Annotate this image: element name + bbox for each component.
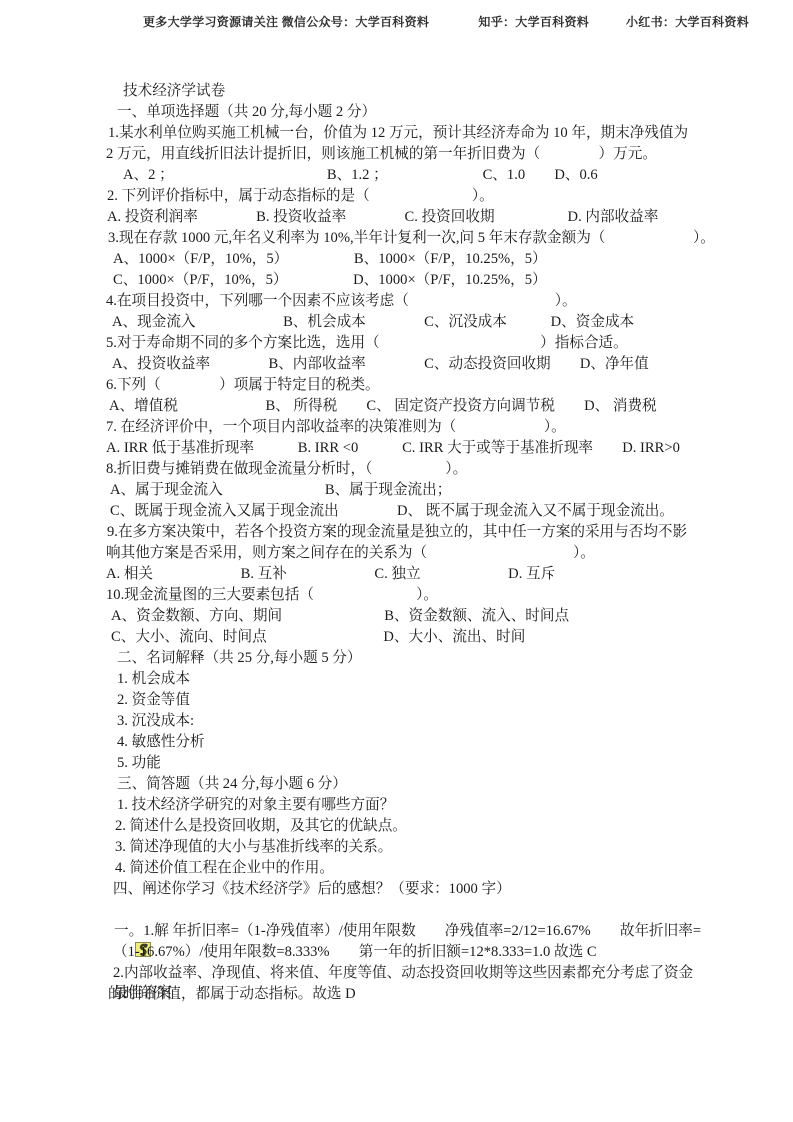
doc-title: 技术经济学试卷: [106, 81, 766, 102]
exam-document-page: 更多大学学习资源请关注 微信公众号：大学百科资料 知乎：大学百科资料 小红书：大…: [0, 0, 793, 1122]
term-2-text: 2. 资金等值: [117, 692, 190, 708]
short-answer-2: 2. 简述什么是投资回收期，及其它的优缺点。: [106, 816, 766, 837]
q1-options: A、2 ； B、1.2 ； C、1.0 D、0.6: [106, 165, 766, 186]
q7-text-text: 7. 在经济评价中，一个项目内部收益率的决策准则为（ ）。: [106, 419, 566, 435]
q3-options-ab-text: A、1000×（F/P，10%，5） B、1000×（F/P，10.25%，5）: [113, 251, 547, 267]
short-answer-3: 3. 简述净现值的大小与基准折线率的关系。: [106, 837, 766, 858]
q5-options-text: A、投资收益率 B、内部收益率 C、动态投资回收期 D、净年值: [112, 356, 649, 372]
q9-text-a: 9.在多方案决策中，若各个投资方案的现金流量是独立的，其中任一方案的采用与否均不…: [106, 522, 766, 543]
q4-options: A、现金流入 B、机会成本 C、沉没成本 D、资金成本: [106, 312, 766, 333]
term-5-text: 5. 功能: [117, 755, 161, 771]
section-short-answer-heading: 三、简答题（共 24 分,每小题 6 分）: [106, 774, 766, 795]
q10-text: 10.现金流量图的三大要素包括（ ）。: [106, 585, 766, 606]
short-answer-2-text: 2. 简述什么是投资回收期，及其它的优缺点。: [115, 818, 407, 834]
q7-text: 7. 在经济评价中，一个项目内部收益率的决策准则为（ ）。: [106, 417, 766, 438]
q3-text: 3.现在存款 1000 元,年名义利率为 10%,半年计复利一次,问 5 年末存…: [106, 228, 766, 249]
answer-1-line-2: （1-16.67%）/使用年限数=8.333% 第一年的折旧额=12*8.333…: [106, 942, 766, 963]
term-3: 3. 沉没成本:: [106, 711, 766, 732]
section-essay-heading-text: 四、阐述你学习《技术经济学》后的感想？（要求：1000 字）: [113, 881, 511, 897]
q2-text-text: 2. 下列评价指标中，属于动态指标的是（ ）。: [107, 188, 494, 204]
q6-options: A、增值税 B、 所得税 C、 固定资产投资方向调节税 D、 消费税: [106, 396, 766, 417]
q3-text-text: 3.现在存款 1000 元,年名义利率为 10%,半年计复利一次,问 5 年末存…: [108, 230, 715, 246]
q3-options-ab: A、1000×（F/P，10%，5） B、1000×（F/P，10.25%，5）: [106, 249, 766, 270]
q2-options: A. 投资利润率 B. 投资收益率 C. 投资回收期 D. 内部收益率: [106, 207, 766, 228]
term-4: 4. 敏感性分析: [106, 732, 766, 753]
answer-2-line-2-text: 的时间价值，都属于动态指标。故选 D: [108, 986, 356, 1002]
q10-options-cd: C、大小、流向、时间点 D、大小、流出、时间: [106, 627, 766, 648]
section-short-answer-heading-text: 三、简答题（共 24 分,每小题 6 分）: [117, 776, 347, 792]
q6-text-text: 6.下列（ ）项属于特定目的税类。: [106, 377, 380, 393]
q1-text-a-text: 1.某水利单位购买施工机械一台，价值为 12 万元，预计其经济寿命为 10 年，…: [108, 125, 688, 141]
doc-title-text: 技术经济学试卷: [123, 83, 225, 99]
q1-text-b: 2 万元，用直线折旧法计提折旧，则该施工机械的第一年折旧费为（ ）万元。: [106, 144, 766, 165]
q2-text: 2. 下列评价指标中，属于动态指标的是（ ）。: [106, 186, 766, 207]
section-terms-heading-text: 二、名词解释（共 25 分,每小题 5 分）: [117, 650, 361, 666]
q8-options-ab-text: A、属于现金流入 B、属于现金流出；: [110, 482, 451, 498]
best-answer-label: 最佳答案: [106, 900, 766, 921]
q9-text-b: 响其他方案是否采用，则方案之间存在的关系为（ ）。: [106, 543, 766, 564]
q9-text-b-text: 响其他方案是否采用，则方案之间存在的关系为（ ）。: [106, 545, 595, 561]
term-2: 2. 资金等值: [106, 690, 766, 711]
section-essay-heading: 四、阐述你学习《技术经济学》后的感想？（要求：1000 字）: [106, 879, 766, 900]
q10-options-cd-text: C、大小、流向、时间点 D、大小、流出、时间: [111, 629, 525, 645]
q8-text: 8.折旧费与摊销费在做现金流量分析时，（ ）。: [106, 459, 766, 480]
short-answer-3-text: 3. 简述净现值的大小与基准折线率的关系。: [115, 839, 392, 855]
document-body: 技术经济学试卷一、单项选择题（共 20 分,每小题 2 分）1.某水利单位购买施…: [106, 81, 766, 1005]
term-5: 5. 功能: [106, 753, 766, 774]
q10-text-text: 10.现金流量图的三大要素包括（ ）。: [106, 587, 438, 603]
q1-text-b-text: 2 万元，用直线折旧法计提折旧，则该施工机械的第一年折旧费为（ ）万元。: [106, 146, 657, 162]
q4-options-text: A、现金流入 B、机会成本 C、沉没成本 D、资金成本: [112, 314, 634, 330]
q8-options-ab: A、属于现金流入 B、属于现金流出；: [106, 480, 766, 501]
q7-options: A. IRR 低于基准折现率 B. IRR <0 C. IRR 大于或等于基准折…: [106, 438, 766, 459]
short-answer-1-text: 1. 技术经济学研究的对象主要有哪些方面？: [117, 797, 394, 813]
q4-text: 4.在项目投资中，下列哪一个因素不应该考虑（ ）。: [106, 291, 766, 312]
q1-options-text: A、2 ； B、1.2 ； C、1.0 D、0.6: [123, 167, 598, 183]
q8-options-cd: C、既属于现金流入又属于现金流出 D、 既不属于现金流入又不属于现金流出。: [106, 501, 766, 522]
q5-options: A、投资收益率 B、内部收益率 C、动态投资回收期 D、净年值: [106, 354, 766, 375]
section-choice-heading: 一、单项选择题（共 20 分,每小题 2 分）: [106, 102, 766, 123]
q6-options-text: A、增值税 B、 所得税 C、 固定资产投资方向调节税 D、 消费税: [109, 398, 657, 414]
q9-options: A. 相关 B. 互补 C. 独立 D. 互斥: [106, 564, 766, 585]
q8-options-cd-text: C、既属于现金流入又属于现金流出 D、 既不属于现金流入又不属于现金流出。: [110, 503, 674, 519]
q4-text-text: 4.在项目投资中，下列哪一个因素不应该考虑（ ）。: [106, 293, 577, 309]
q2-options-text: A. 投资利润率 B. 投资收益率 C. 投资回收期 D. 内部收益率: [107, 209, 658, 225]
q6-text: 6.下列（ ）项属于特定目的税类。: [106, 375, 766, 396]
q8-text-text: 8.折旧费与摊销费在做现金流量分析时，（ ）。: [106, 461, 467, 477]
term-4-text: 4. 敏感性分析: [117, 734, 205, 750]
q1-text-a: 1.某水利单位购买施工机械一台，价值为 12 万元，预计其经济寿命为 10 年，…: [106, 123, 766, 144]
q9-options-text: A. 相关 B. 互补 C. 独立 D. 互斥: [106, 566, 555, 582]
answer-2-line-1-text: 2.内部收益率、净现值、将来值、年度等值、动态投资回收期等这些因素都充分考虑了资…: [113, 965, 693, 981]
answer-1-line-2-text: （1-16.67%）/使用年限数=8.333% 第一年的折旧额=12*8.333…: [113, 944, 597, 960]
term-1: 1. 机会成本: [106, 669, 766, 690]
answer-1-line-1-text: 一。1.解 年折旧率=（1-净残值率）/使用年限数 净残值率=2/12=16.6…: [114, 923, 701, 939]
q9-text-a-text: 9.在多方案决策中，若各个投资方案的现金流量是独立的，其中任一方案的采用与否均不…: [107, 524, 687, 540]
promo-header: 更多大学学习资源请关注 微信公众号：大学百科资料 知乎：大学百科资料 小红书：大…: [143, 13, 749, 30]
term-1-text: 1. 机会成本: [117, 671, 190, 687]
q5-text-text: 5.对于寿命期不同的多个方案比选，选用（ ）指标合适。: [106, 335, 628, 351]
q10-options-ab: A、资金数额、方向、期间 B、资金数额、流入、时间点: [106, 606, 766, 627]
q7-options-text: A. IRR 低于基准折现率 B. IRR <0 C. IRR 大于或等于基准折…: [106, 440, 680, 456]
answer-2-line-2: 的时间价值，都属于动态指标。故选 D: [106, 984, 766, 1005]
q3-options-cd: C、1000×（P/F，10%，5） D、1000×（P/F，10.25%，5）: [106, 270, 766, 291]
section-terms-heading: 二、名词解释（共 25 分,每小题 5 分）: [106, 648, 766, 669]
short-answer-4-text: 4. 简述价值工程在企业中的作用。: [115, 860, 334, 876]
answer-1-line-1: 一。1.解 年折旧率=（1-净残值率）/使用年限数 净残值率=2/12=16.6…: [106, 921, 766, 942]
q3-options-cd-text: C、1000×（P/F，10%，5） D、1000×（P/F，10.25%，5）: [113, 272, 547, 288]
answer-2-line-1: 2.内部收益率、净现值、将来值、年度等值、动态投资回收期等这些因素都充分考虑了资…: [106, 963, 766, 984]
q5-text: 5.对于寿命期不同的多个方案比选，选用（ ）指标合适。: [106, 333, 766, 354]
section-choice-heading-text: 一、单项选择题（共 20 分,每小题 2 分）: [117, 104, 376, 120]
term-3-text: 3. 沉没成本:: [117, 713, 194, 729]
q10-options-ab-text: A、资金数额、方向、期间 B、资金数额、流入、时间点: [111, 608, 569, 624]
short-answer-4: 4. 简述价值工程在企业中的作用。: [106, 858, 766, 879]
short-answer-1: 1. 技术经济学研究的对象主要有哪些方面？: [106, 795, 766, 816]
